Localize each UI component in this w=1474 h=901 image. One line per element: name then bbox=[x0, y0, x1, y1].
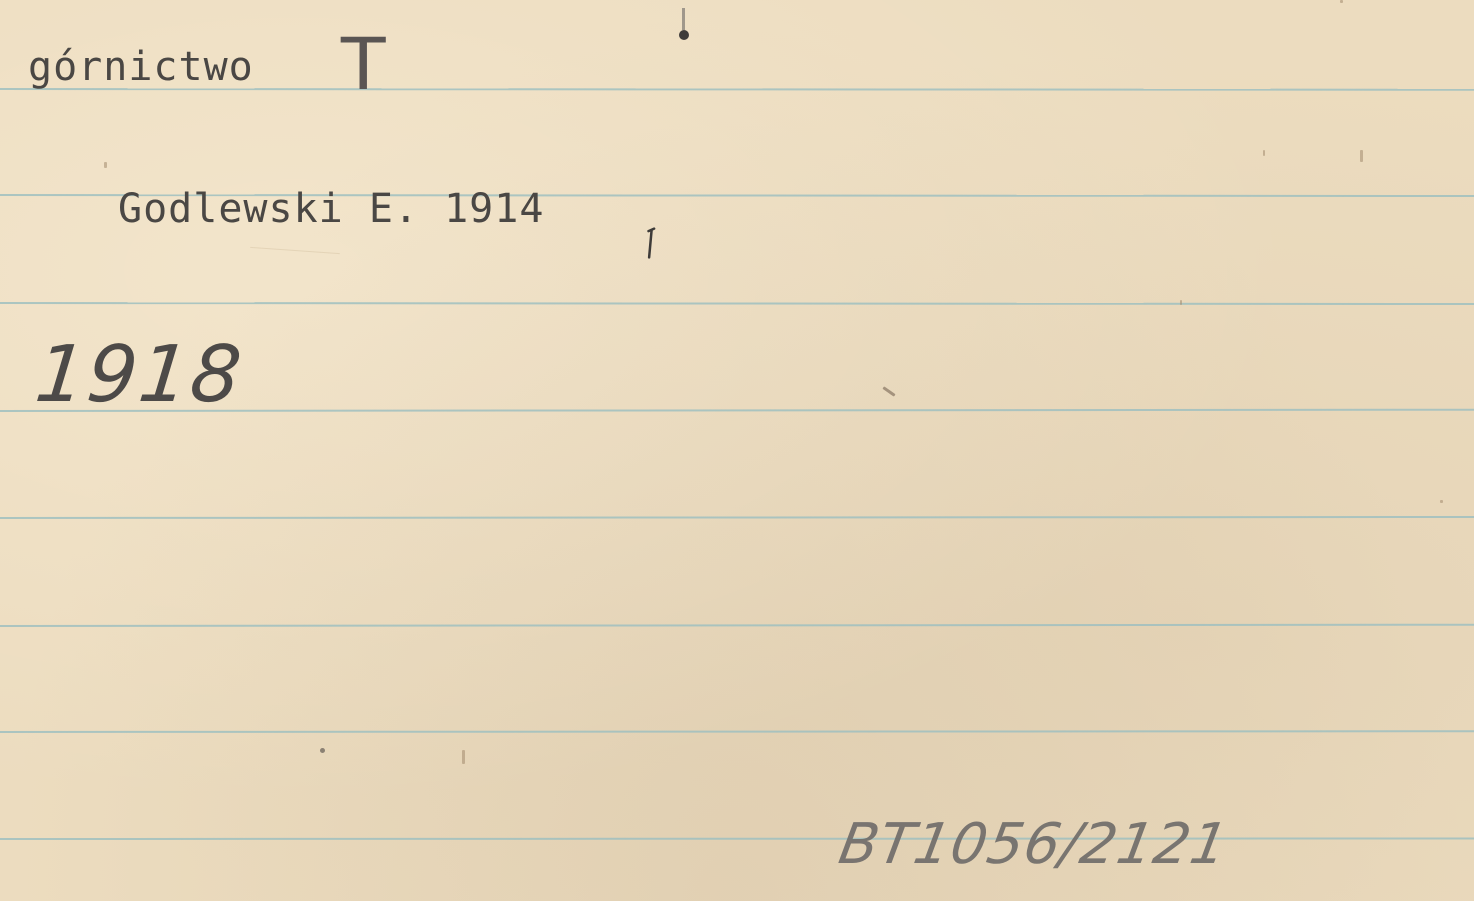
paper-speck bbox=[1440, 500, 1443, 503]
pencil-shelfmark: BT1056/2121 bbox=[834, 812, 1233, 877]
category-mark: T bbox=[339, 20, 388, 107]
ruled-line bbox=[0, 516, 1474, 519]
paper-speck bbox=[1263, 150, 1265, 156]
paper-speck bbox=[882, 386, 895, 396]
ruled-line bbox=[0, 837, 1474, 840]
ruled-line bbox=[0, 302, 1474, 305]
paper-speck bbox=[1360, 150, 1363, 162]
paper-speck bbox=[462, 750, 465, 764]
paper-speck bbox=[1340, 0, 1343, 3]
handwritten-comma-mark bbox=[646, 218, 656, 268]
ruled-line bbox=[0, 624, 1474, 627]
subject-heading: górnictwo bbox=[28, 44, 254, 90]
handwritten-year: 1918 bbox=[31, 330, 247, 420]
ink-dot bbox=[679, 30, 689, 40]
ruled-line bbox=[0, 730, 1474, 733]
paper-speck bbox=[250, 247, 340, 254]
catalog-card: górnictwo T Godlewski E. 1914 1918 BT105… bbox=[0, 0, 1474, 901]
author-entry: Godlewski E. 1914 bbox=[118, 186, 544, 232]
ink-stroke bbox=[682, 8, 685, 30]
paper-speck bbox=[104, 162, 107, 168]
paper-speck bbox=[1180, 300, 1182, 305]
paper-speck bbox=[320, 748, 325, 753]
